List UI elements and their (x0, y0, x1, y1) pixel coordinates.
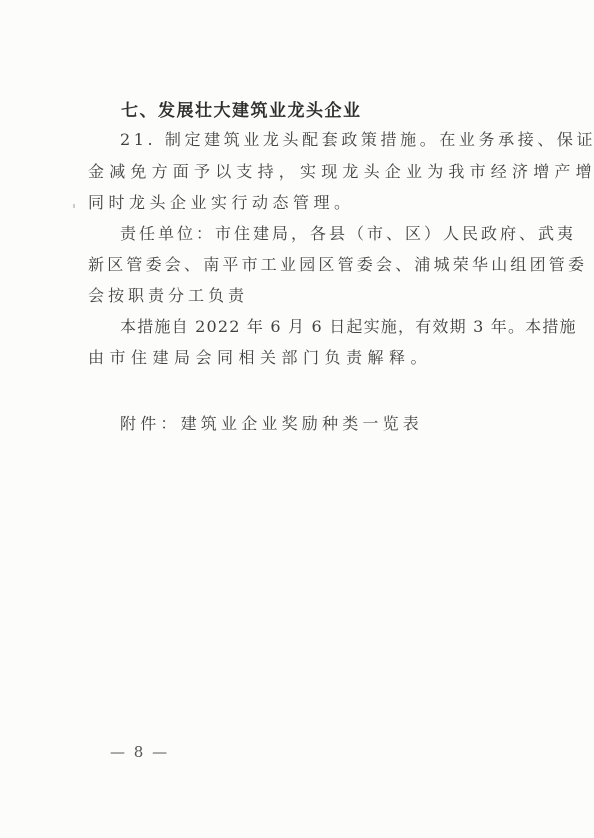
responsibility-line-3: 会按职责分工负责 (88, 283, 248, 306)
item-21-line-3: 同时龙头企业实行动态管理。 (88, 190, 355, 213)
document-page: 七、发展壮大建筑业龙头企业 21. 制定建筑业龙头配套政策措施。在业务承接、保证… (0, 0, 594, 838)
responsibility-line-2: 新区管委会、南平市工业园区管委会、浦城荣华山组团管委 (88, 252, 587, 275)
responsibility-line-1: 责任单位：市住建局，各县（市、区）人民政府、武夷 (120, 221, 576, 244)
attachment-note: 附件：建筑业企业奖励种类一览表 (120, 411, 423, 434)
section-heading: 七、发展壮大建筑业龙头企业 (121, 96, 362, 121)
page-number: — 8 — (110, 743, 169, 761)
item-21-line-1: 21. 制定建筑业龙头配套政策措施。在业务承接、保证 (120, 127, 594, 150)
item-21-line-2: 金减免方面予以支持，实现龙头企业为我市经济增产增效。 (88, 159, 594, 182)
effective-line-1: 本措施自 2022 年 6 月 6 日起实施，有效期 3 年。本措施 (120, 314, 577, 337)
scan-mark (73, 204, 75, 208)
effective-line-2: 由市住建局会同相关部门负责解释。 (88, 345, 432, 368)
